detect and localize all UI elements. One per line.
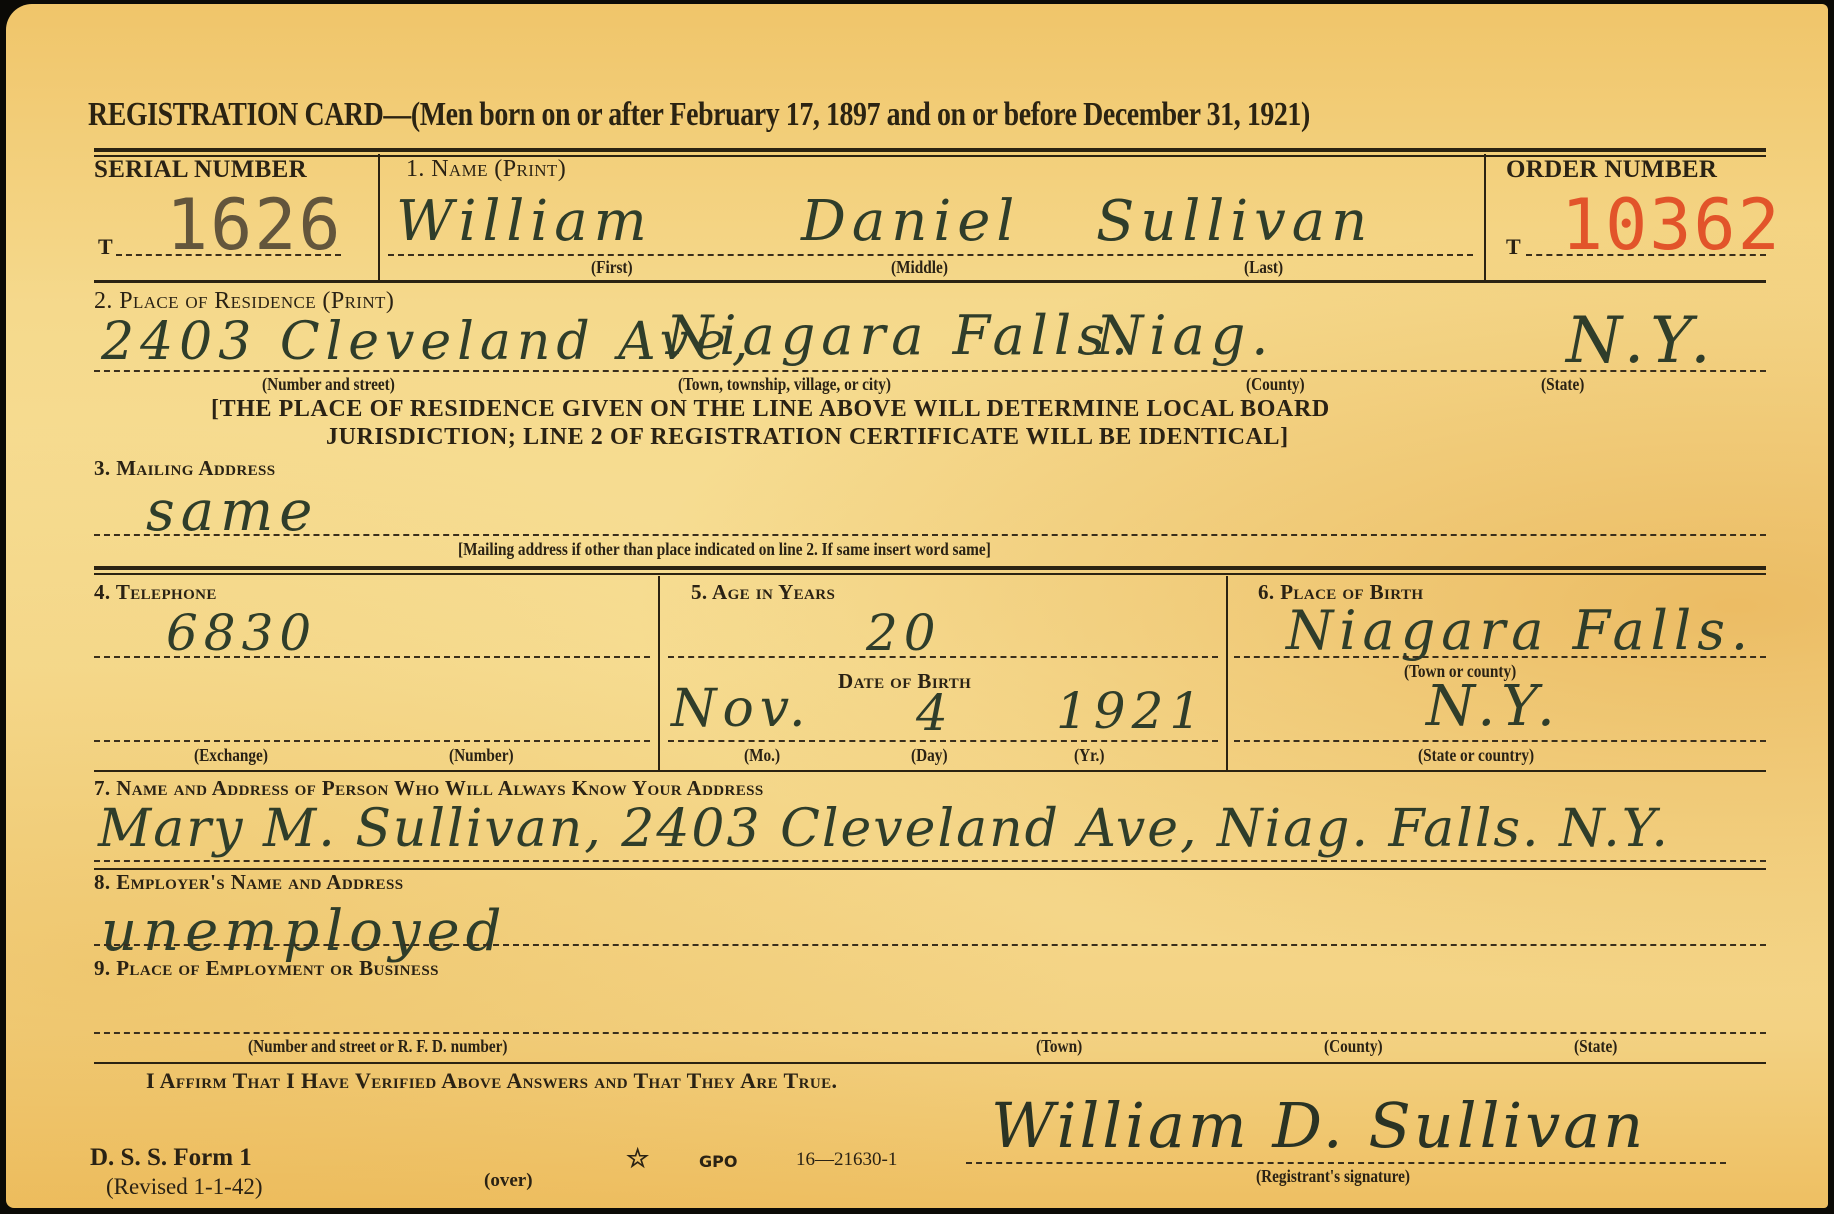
signature-line bbox=[966, 1162, 1726, 1164]
town-caption: (Town, township, village, or city) bbox=[678, 374, 891, 395]
county-caption: (County) bbox=[1246, 374, 1305, 395]
registration-card: REGISTRATION CARD—(Men born on or after … bbox=[6, 4, 1828, 1208]
residence-county-value: Niag. bbox=[1096, 304, 1274, 367]
employment-place-label: 9. Place of Employment or Business bbox=[94, 956, 439, 981]
serial-prefix: T bbox=[98, 234, 113, 260]
last-caption: (Last) bbox=[1244, 257, 1283, 278]
name-first-value: William bbox=[396, 189, 653, 254]
age-value: 20 bbox=[866, 604, 942, 662]
employment-street-caption: (Number and street or R. F. D. number) bbox=[248, 1036, 508, 1057]
row-rule bbox=[94, 770, 1766, 772]
name-label: 1. Name (Print) bbox=[406, 156, 566, 183]
residence-town-value: Niagara Falls. bbox=[666, 304, 1134, 367]
street-caption: (Number and street) bbox=[262, 374, 395, 395]
birthplace-line-2 bbox=[1234, 740, 1766, 742]
print-code: 16—21630-1 bbox=[796, 1149, 897, 1171]
employer-label: 8. Employer's Name and Address bbox=[94, 870, 403, 895]
divider bbox=[1484, 154, 1486, 280]
dob-line bbox=[668, 740, 1218, 742]
over-note: (over) bbox=[484, 1170, 533, 1192]
divider bbox=[1226, 576, 1228, 770]
form-revised: (Revised 1-1-42) bbox=[106, 1174, 263, 1200]
birthplace-state-caption: (State or country) bbox=[1418, 745, 1534, 766]
mailing-label: 3. Mailing Address bbox=[94, 456, 275, 481]
employment-county-caption: (County) bbox=[1324, 1036, 1383, 1057]
telephone-line bbox=[94, 656, 650, 658]
mailing-line bbox=[94, 534, 1766, 536]
employer-line bbox=[94, 944, 1766, 946]
birthplace-line bbox=[1234, 656, 1766, 658]
gpo-mark: GPO bbox=[699, 1152, 737, 1171]
birthplace-town-value: Niagara Falls. bbox=[1286, 599, 1754, 662]
serial-number-label: SERIAL NUMBER bbox=[94, 156, 307, 184]
residence-notice-line1: [THE PLACE OF RESIDENCE GIVEN ON THE LIN… bbox=[211, 396, 1330, 423]
dob-year-value: 1921 bbox=[1056, 682, 1207, 740]
row-rule bbox=[94, 566, 1766, 575]
telephone-value: 6830 bbox=[166, 604, 317, 662]
card-title: REGISTRATION CARD—(Men born on or after … bbox=[88, 96, 1310, 134]
mailing-caption: [Mailing address if other than place ind… bbox=[458, 539, 991, 560]
name-middle-value: Daniel bbox=[801, 189, 1020, 254]
residence-state-value: N.Y. bbox=[1566, 304, 1717, 378]
year-caption: (Yr.) bbox=[1074, 745, 1104, 766]
row-rule bbox=[94, 1062, 1766, 1064]
signature-caption: (Registrant's signature) bbox=[1256, 1166, 1410, 1187]
name-last-value: Sullivan bbox=[1096, 189, 1373, 254]
star-icon: ☆ bbox=[626, 1144, 649, 1174]
employment-state-caption: (State) bbox=[1574, 1036, 1617, 1057]
residence-line bbox=[94, 370, 1766, 372]
divider bbox=[658, 576, 660, 770]
order-number-value: 10362 bbox=[1561, 184, 1782, 266]
number-caption: (Number) bbox=[449, 745, 514, 766]
contact-line bbox=[94, 860, 1766, 862]
age-label: 5. Age in Years bbox=[691, 580, 835, 605]
month-caption: (Mo.) bbox=[744, 745, 780, 766]
middle-caption: (Middle) bbox=[891, 257, 948, 278]
row-rule bbox=[94, 280, 1766, 283]
telephone-label: 4. Telephone bbox=[94, 580, 217, 605]
state-caption: (State) bbox=[1541, 374, 1584, 395]
contact-label: 7. Name and Address of Person Who Will A… bbox=[94, 776, 764, 801]
residence-notice-line2: JURISDICTION; LINE 2 OF REGISTRATION CER… bbox=[326, 424, 1289, 451]
affirmation-text: I Affirm That I Have Verified Above Answ… bbox=[146, 1068, 837, 1094]
dob-day-value: 4 bbox=[916, 684, 954, 742]
dob-month-value: Nov. bbox=[671, 679, 812, 739]
employment-town-caption: (Town) bbox=[1036, 1036, 1082, 1057]
day-caption: (Day) bbox=[911, 745, 948, 766]
registrant-signature: William D. Sullivan bbox=[991, 1089, 1646, 1162]
residence-label: 2. Place of Residence (Print) bbox=[94, 288, 394, 315]
first-caption: (First) bbox=[591, 257, 633, 278]
exchange-caption: (Exchange) bbox=[194, 745, 268, 766]
divider bbox=[378, 154, 380, 280]
employment-place-line bbox=[94, 1032, 1766, 1034]
employer-value: unemployed bbox=[101, 899, 507, 964]
serial-number-value: 1626 bbox=[166, 184, 343, 266]
order-prefix: T bbox=[1506, 234, 1521, 260]
name-line bbox=[388, 254, 1473, 256]
residence-street-value: 2403 Cleveland Ave, bbox=[101, 312, 754, 372]
telephone-line-2 bbox=[94, 740, 650, 742]
form-name: D. S. S. Form 1 bbox=[90, 1144, 252, 1172]
contact-value: Mary M. Sullivan, 2403 Cleveland Ave, Ni… bbox=[98, 799, 1670, 859]
age-line bbox=[668, 656, 1218, 658]
birthplace-state-value: N.Y. bbox=[1426, 674, 1561, 739]
order-number-label: ORDER NUMBER bbox=[1506, 156, 1717, 184]
